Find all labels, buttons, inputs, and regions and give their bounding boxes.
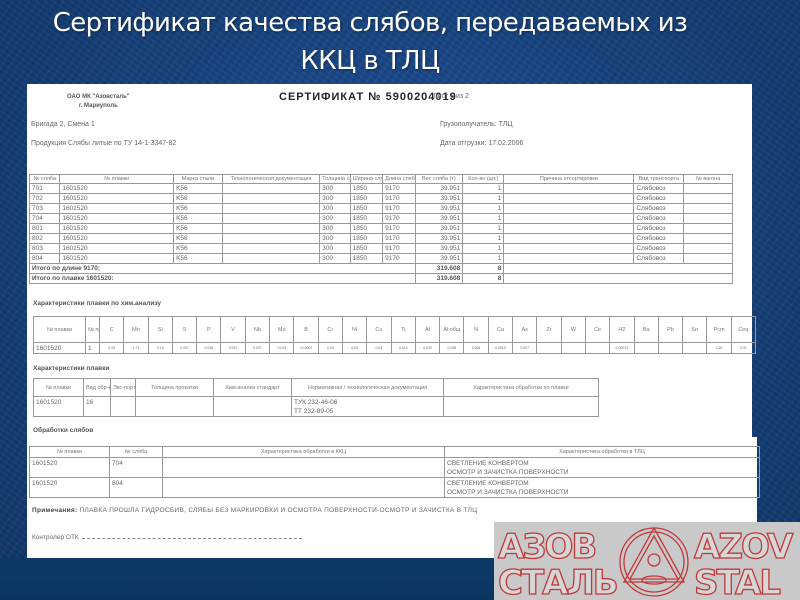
table-cell [222, 244, 319, 254]
table-cell: 1601520 [60, 194, 174, 204]
table-cell: 804 [110, 478, 163, 498]
column-header: Mn [124, 317, 148, 343]
table-cell: 1601520 [60, 214, 174, 224]
org-city: г. Мариуполь [67, 102, 130, 111]
table-cell [136, 397, 214, 417]
table-row: 7041601520K563001850917039.9511Слябовоз [30, 214, 733, 224]
column-header: № сляба [110, 447, 163, 458]
table-cell: 1601520 [30, 478, 110, 498]
table-cell: <0.0007 [294, 343, 318, 354]
table-cell [658, 343, 682, 354]
table-row: 7011601520K563001850917039.9511Слябовоз [30, 184, 733, 194]
table-cell: 300 [320, 224, 350, 234]
table-cell: K56 [174, 184, 223, 194]
consignee: Грузополучатель: ТЛЦ [440, 121, 513, 128]
signature-line [82, 538, 302, 539]
slabs-table: № сляба№ плавкиМарка сталиТехнологическа… [29, 174, 733, 284]
table-cell: 1601520 [60, 224, 174, 234]
column-header: № сляба [30, 175, 60, 184]
column-header: Вес сляба (т) [415, 175, 463, 184]
table-row: 160152016ТУК 232-46-06ТТ 232-89-05 [34, 397, 599, 417]
table-cell: 39.951 [415, 194, 463, 204]
table-cell: 300 [320, 194, 350, 204]
product: Продукция Слябы литые по ТУ 14-1-3347-82 [31, 140, 176, 147]
table-cell [585, 343, 609, 354]
table-cell: 0.09 [100, 343, 124, 354]
table-cell [444, 397, 599, 417]
table-cell: 0.03 [318, 343, 342, 354]
table-cell [222, 214, 319, 224]
table-cell [684, 194, 733, 204]
table-cell: 1850 [350, 254, 382, 264]
table-cell: 9170 [383, 234, 415, 244]
column-header: Ni [342, 317, 366, 343]
table-cell [504, 194, 634, 204]
column-header: № вагона [684, 175, 733, 184]
table-cell [504, 264, 733, 274]
processing-table-header: № плавки№ слябаХарактеристика обработки … [30, 447, 760, 458]
table-row: 1601520804СВЕТЛЕНИЕ КОНВЕРТОМОСМОТР И ЗА… [30, 478, 760, 498]
table-cell [504, 214, 634, 224]
column-header: H2 [610, 317, 634, 343]
table-cell: 1601520 [34, 397, 84, 417]
totals-row: Итого по длине 9170:319.6088 [30, 264, 733, 274]
table-row: 8041601520K563001850917039.9511Слябовоз [30, 254, 733, 264]
table-cell [504, 234, 634, 244]
totals-label: Итого по длине 9170: [30, 264, 416, 274]
column-header: Zr [537, 317, 561, 343]
table-cell: Слябовоз [634, 224, 684, 234]
notes-text: ПЛАВКА ПРОШЛА ГИДРОСБИВ, СЛЯБЫ БЕЗ МАРКИ… [77, 507, 477, 514]
slabs-table-header: № сляба№ плавкиМарка сталиТехнологическа… [30, 175, 733, 184]
table-cell: K56 [174, 214, 223, 224]
organization: ОАО МК "Азовсталь" г. Мариуполь [67, 93, 130, 111]
column-header: Al общ [440, 317, 464, 343]
table-cell: 39.951 [415, 244, 463, 254]
chem-section-title: Характеристики плавки по хим.анализу [33, 300, 161, 307]
table-cell: 1601520 [60, 254, 174, 264]
table-cell: СВЕТЛЕНИЕ КОНВЕРТОМОСМОТР И ЗАЧИСТКА ПОВ… [445, 478, 760, 498]
column-header: № плавки [34, 379, 84, 397]
table-cell: 1601520 [60, 244, 174, 254]
table-row: 160152010.091.710.190.0070.0180.0470.037… [34, 343, 756, 354]
table-cell: 702 [30, 194, 60, 204]
table-cell: Слябовоз [634, 194, 684, 204]
certificate-title: СЕРТИФИКАТ № 5900204019 [279, 91, 457, 103]
table-cell: K56 [174, 234, 223, 244]
table-cell: 1 [463, 214, 504, 224]
table-cell [222, 194, 319, 204]
column-header: Толщина сляба [320, 175, 350, 184]
column-header: Толщина прокатки [136, 379, 214, 397]
azovstal-logo-icon: АЗОВ СТАЛЬ AZOV STAL [494, 522, 800, 600]
table-cell: 1850 [350, 214, 382, 224]
table-cell: 801 [30, 224, 60, 234]
table-cell: 1 [463, 204, 504, 214]
column-header: Pcm [707, 317, 731, 343]
table-cell: 0.048 [440, 343, 464, 354]
table-cell: 704 [110, 458, 163, 478]
table-cell: 1850 [350, 204, 382, 214]
svg-text:АЗОВ: АЗОВ [498, 527, 595, 567]
table-cell: 1601520 [34, 343, 86, 354]
azovstal-logo: АЗОВ СТАЛЬ AZOV STAL [494, 522, 800, 600]
table-cell: 0.007 [172, 343, 196, 354]
column-header: C [100, 317, 124, 343]
table-cell: 300 [320, 254, 350, 264]
table-cell: 0.018 [197, 343, 221, 354]
table-row: 1601520704СВЕТЛЕНИЕ КОНВЕРТОМОСМОТР И ЗА… [30, 458, 760, 478]
slide-bottom-band [0, 558, 494, 600]
table-cell [684, 214, 733, 224]
slab-processing-table: № плавки№ слябаХарактеристика обработки … [29, 446, 760, 498]
column-header: Si [148, 317, 172, 343]
table-cell: 300 [320, 244, 350, 254]
table-cell: K56 [174, 194, 223, 204]
table-cell: 1850 [350, 184, 382, 194]
totals-weight: 319.608 [415, 264, 463, 274]
org-name: ОАО МК "Азовсталь" [67, 93, 130, 102]
table-cell: 16 [84, 397, 111, 417]
column-header: Кол-во (шт.) [463, 175, 504, 184]
table-cell [214, 397, 292, 417]
table-cell [222, 184, 319, 194]
column-header: Mo [270, 317, 294, 343]
slide-title-line2: ККЦ в ТЛЦ [0, 42, 730, 80]
table-cell: K56 [174, 254, 223, 264]
notes-label: Примечания: [32, 507, 77, 514]
table-cell: 803 [30, 244, 60, 254]
processing-section-title: Обработки слябов [33, 427, 93, 434]
table-cell [683, 343, 707, 354]
qc-controller-signature: Контролер ОТК [32, 534, 302, 541]
table-cell: Слябовоз [634, 204, 684, 214]
table-cell: K56 [174, 244, 223, 254]
table-cell [504, 244, 634, 254]
table-cell [222, 204, 319, 214]
totals-label: Итого по плавке 1601520: [30, 274, 416, 284]
table-cell [684, 204, 733, 214]
column-header: W [561, 317, 585, 343]
column-header: Экс-порт [111, 379, 136, 397]
table-cell: 1 [463, 234, 504, 244]
table-cell: 9170 [383, 214, 415, 224]
table-cell [537, 343, 561, 354]
table-cell [634, 343, 658, 354]
table-cell: 1850 [350, 234, 382, 244]
table-cell: 39.951 [415, 224, 463, 234]
table-cell [684, 234, 733, 244]
table-cell: 0.03 [367, 343, 391, 354]
totals-count: 8 [463, 264, 504, 274]
column-header: V [221, 317, 245, 343]
table-cell: 1850 [350, 194, 382, 204]
column-header: Nb [245, 317, 269, 343]
table-cell: 0.03 [342, 343, 366, 354]
table-cell: Слябовоз [634, 214, 684, 224]
table-cell: 39.951 [415, 214, 463, 224]
table-cell: 300 [320, 234, 350, 244]
table-cell [163, 478, 445, 498]
table-cell [684, 224, 733, 234]
table-cell [111, 397, 136, 417]
totals-row: Итого по плавке 1601520:319.6088 [30, 274, 733, 284]
column-header: B [294, 317, 318, 343]
table-cell: Слябовоз [634, 244, 684, 254]
table-cell: Слябовоз [634, 234, 684, 244]
notes: Примечания: ПЛАВКА ПРОШЛА ГИДРОСБИВ, СЛЯ… [32, 507, 477, 514]
column-header: Sn [683, 317, 707, 343]
table-cell: 9170 [383, 224, 415, 234]
column-header: Cr [318, 317, 342, 343]
heat-characteristics-table: № плавкиВид обр-киЭкс-портТолщина прокат… [33, 378, 599, 417]
column-header: № плавки [30, 447, 110, 458]
table-cell: 802 [30, 234, 60, 244]
table-cell: 0.0013 [488, 343, 512, 354]
column-header: Причина отсортировки [504, 175, 634, 184]
table-cell: 0.037 [245, 343, 269, 354]
table-cell: 39.951 [415, 234, 463, 244]
table-cell: 1601520 [60, 184, 174, 194]
table-cell: 1850 [350, 224, 382, 234]
table-cell: СВЕТЛЕНИЕ КОНВЕРТОМОСМОТР И ЗАЧИСТКА ПОВ… [445, 458, 760, 478]
table-cell [504, 254, 634, 264]
column-header: Ширина сляба [350, 175, 382, 184]
table-cell: 39.951 [415, 184, 463, 194]
column-header: Ba [634, 317, 658, 343]
table-cell: 9170 [383, 204, 415, 214]
svg-text:AZOV: AZOV [694, 527, 794, 567]
column-header: Марка стали [174, 175, 223, 184]
sheet-number: Лист 1 из 2 [433, 93, 469, 100]
table-cell: K56 [174, 204, 223, 214]
table-cell [684, 244, 733, 254]
table-cell [163, 458, 445, 478]
table-cell [504, 274, 733, 284]
svg-text:STAL: STAL [694, 563, 780, 600]
table-cell [504, 204, 634, 214]
slide-title: Сертификат качества слябов, передаваемых… [0, 4, 730, 80]
slide-title-line1: Сертификат качества слябов, передаваемых… [0, 4, 730, 42]
table-cell: 39.951 [415, 254, 463, 264]
column-header: Вид транспорта [634, 175, 684, 184]
column-header: № плавки [34, 317, 86, 343]
table-cell: Слябовоз [634, 184, 684, 194]
table-cell: 1 [463, 194, 504, 204]
totals-count: 8 [463, 274, 504, 284]
table-cell: 703 [30, 204, 60, 214]
table-cell: Слябовоз [634, 254, 684, 264]
heat-table-header: № плавкиВид обр-киЭкс-портТолщина прокат… [34, 379, 599, 397]
table-cell: K56 [174, 224, 223, 234]
table-cell: 0.19 [148, 343, 172, 354]
table-cell [222, 254, 319, 264]
table-row: 7021601520K563001850917039.9511Слябовоз [30, 194, 733, 204]
table-cell: 9170 [383, 244, 415, 254]
brigade-shift: Бригада 2, Смена 1 [31, 121, 95, 128]
column-header: S [172, 317, 196, 343]
column-header: Вид обр-ки [84, 379, 111, 397]
table-cell [222, 224, 319, 234]
column-header: № плавки [60, 175, 174, 184]
table-row: 8031601520K563001850917039.9511Слябовоз [30, 244, 733, 254]
table-row: 8021601520K563001850917039.9511Слябовоз [30, 234, 733, 244]
table-cell: 300 [320, 204, 350, 214]
table-cell: 804 [30, 254, 60, 264]
column-header: N [464, 317, 488, 343]
table-cell: 1 [463, 184, 504, 194]
table-cell: 0.004 [464, 343, 488, 354]
column-header: Ceq [731, 317, 755, 343]
chem-table-header: № плавки№ пробыCMnSiSPVNbMoBCrNiCuTiAlAl… [34, 317, 756, 343]
table-cell: 1850 [350, 244, 382, 254]
table-cell: 0.31 [731, 343, 755, 354]
column-header: Al [415, 317, 439, 343]
table-cell: 300 [320, 214, 350, 224]
table-cell: 0.014 [391, 343, 415, 354]
table-cell: 0.00073 [610, 343, 634, 354]
table-row: 8011601520K563001850917039.9511Слябовоз [30, 224, 733, 234]
column-header: Нормативная / технологическая документац… [292, 379, 444, 397]
table-cell: 1 [463, 244, 504, 254]
controller-label: Контролер ОТК [32, 534, 79, 541]
table-cell: 1.71 [124, 343, 148, 354]
column-header: Ca [488, 317, 512, 343]
table-cell: 9170 [383, 194, 415, 204]
table-cell [561, 343, 585, 354]
table-cell: 39.951 [415, 204, 463, 214]
column-header: Хим.анализ стандарт [214, 379, 292, 397]
table-cell: <0.03 [270, 343, 294, 354]
table-cell: 0.047 [221, 343, 245, 354]
heat-section-title: Характеристики плавки [33, 365, 109, 372]
column-header: P [197, 317, 221, 343]
shipping-date: Дата отгрузки: 17.02.2006 [440, 140, 523, 147]
column-header: Длина сляба [383, 175, 415, 184]
column-header: Технологическая документация [222, 175, 319, 184]
table-cell: 9170 [383, 184, 415, 194]
table-row: 7031601520K563001850917039.9511Слябовоз [30, 204, 733, 214]
table-cell [684, 254, 733, 264]
table-cell [222, 234, 319, 244]
table-cell [684, 184, 733, 194]
column-header: Характеристика обработки по плавке [444, 379, 599, 397]
table-cell: 1 [86, 343, 100, 354]
column-header: Ti [391, 317, 415, 343]
column-header: As [513, 317, 537, 343]
table-cell: 1 [463, 224, 504, 234]
table-cell [504, 184, 634, 194]
certificate-document: ОАО МК "Азовсталь" г. Мариуполь СЕРТИФИК… [27, 84, 752, 558]
table-cell [504, 224, 634, 234]
table-cell: 0.007 [513, 343, 537, 354]
table-cell: 0.20 [707, 343, 731, 354]
svg-text:СТАЛЬ: СТАЛЬ [498, 563, 617, 600]
table-cell: 9170 [383, 254, 415, 264]
column-header: Ce [585, 317, 609, 343]
column-header: Характеристика обработки в ККЦ [163, 447, 445, 458]
table-cell: 701 [30, 184, 60, 194]
table-cell: 1601520 [60, 234, 174, 244]
table-cell: 1601520 [60, 204, 174, 214]
table-cell: ТУК 232-46-06ТТ 232-89-05 [292, 397, 444, 417]
column-header: № пробы [86, 317, 100, 343]
totals-weight: 319.608 [415, 274, 463, 284]
table-cell: 300 [320, 184, 350, 194]
column-header: Характеристика обработки в ТЛЦ [445, 447, 760, 458]
column-header: Cu [367, 317, 391, 343]
table-cell: 0.033 [415, 343, 439, 354]
table-cell: 704 [30, 214, 60, 224]
column-header: Pb [658, 317, 682, 343]
table-cell: 1 [463, 254, 504, 264]
table-cell: 1601520 [30, 458, 110, 478]
chem-analysis-table: № плавки№ пробыCMnSiSPVNbMoBCrNiCuTiAlAl… [33, 316, 756, 354]
